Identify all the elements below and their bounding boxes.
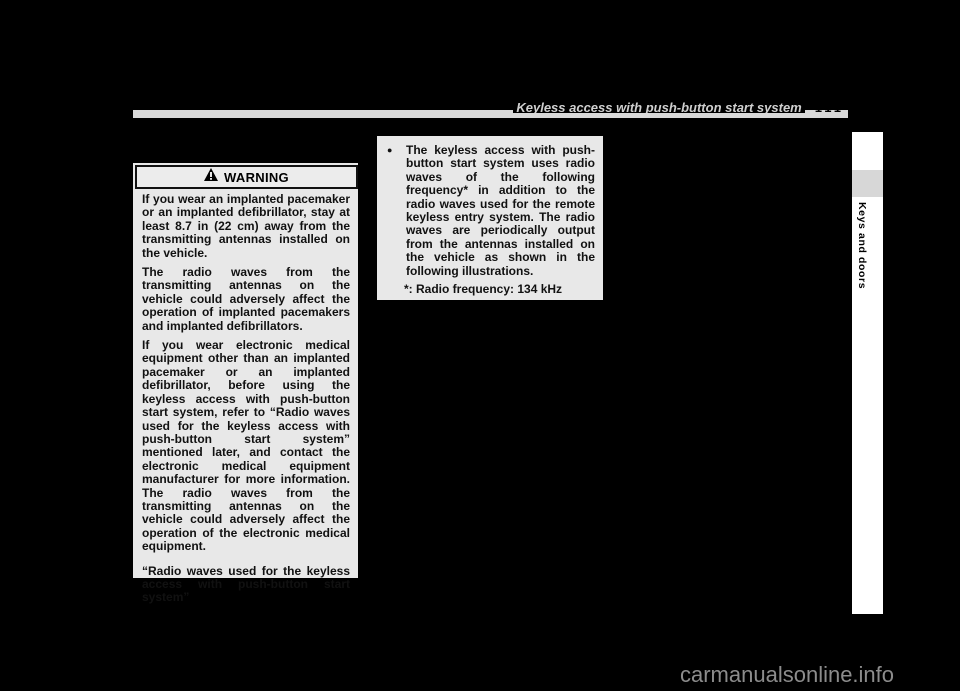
warning-reference: “Radio waves used for the keyless access… — [142, 565, 350, 605]
warning-paragraph: If you wear an implanted pacemaker or an… — [142, 193, 350, 260]
page-number: 111 — [815, 101, 844, 113]
warning-paragraph: The radio waves from the transmitting an… — [142, 266, 350, 333]
warning-box: WARNING If you wear an implanted pacemak… — [133, 163, 358, 578]
warning-paragraph: If you wear electronic medical equipment… — [142, 339, 350, 554]
chapter-tab-marker — [852, 170, 883, 197]
page-header-bar: Keyless access with push-button start sy… — [133, 110, 848, 118]
bullet-text: The keyless access with push-button star… — [406, 144, 595, 278]
warning-body: If you wear an implanted pacemaker or an… — [142, 193, 350, 611]
page-header: Keyless access with push-button start sy… — [513, 101, 848, 113]
frequency-note: *: Radio frequency: 134 kHz — [404, 283, 595, 296]
info-body: ● The keyless access with push-button st… — [385, 144, 595, 296]
chapter-tab-label: Keys and doors — [856, 202, 868, 289]
warning-triangle-icon — [204, 168, 218, 186]
warning-header: WARNING — [135, 165, 358, 189]
bullet-icon: ● — [385, 144, 406, 278]
watermark: carmanualsonline.info — [680, 662, 894, 688]
chapter-side-tab: Keys and doors — [852, 132, 883, 614]
section-title: Keyless access with push-button start sy… — [513, 101, 804, 113]
warning-title: WARNING — [224, 170, 289, 185]
info-box: ● The keyless access with push-button st… — [377, 136, 603, 300]
bullet-item: ● The keyless access with push-button st… — [385, 144, 595, 278]
